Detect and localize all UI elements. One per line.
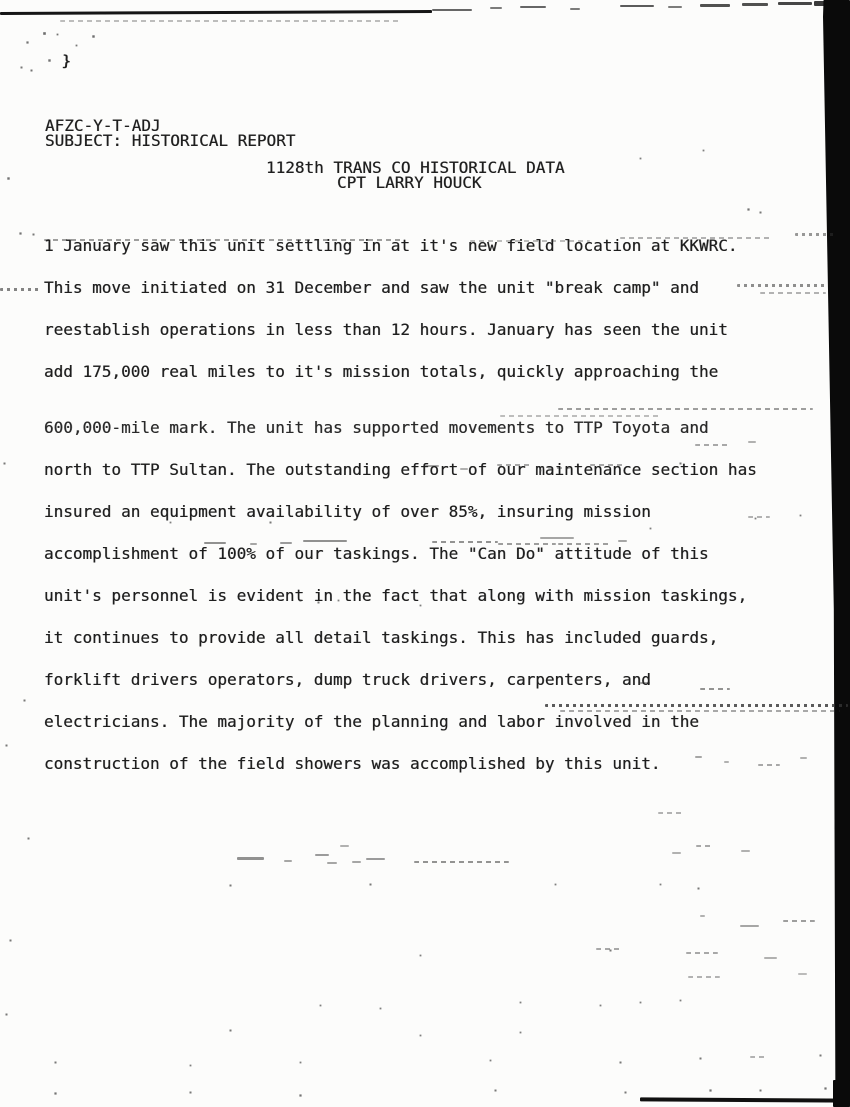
scan-artifact xyxy=(237,857,264,860)
scan-artifact xyxy=(750,1056,768,1058)
body-line: forklift drivers operators, dump truck d… xyxy=(44,673,757,687)
scan-artifact xyxy=(470,240,590,242)
scan-artifact xyxy=(724,761,729,763)
scan-artifact xyxy=(700,688,730,690)
scan-speckle-noise xyxy=(0,0,1,1)
scan-artifact xyxy=(596,948,620,950)
body-line: electricians. The majority of the planni… xyxy=(44,715,757,729)
scan-artifact xyxy=(783,920,815,922)
scan-artifact xyxy=(748,516,770,518)
body-line: it continues to provide all detail taski… xyxy=(44,631,757,645)
scan-artifact xyxy=(327,862,337,864)
scan-artifact xyxy=(303,540,347,542)
scan-artifact xyxy=(500,415,660,417)
scan-artifact xyxy=(740,925,759,927)
scan-artifact xyxy=(741,850,750,852)
body-line: north to TTP Sultan. The outstanding eff… xyxy=(44,463,757,477)
scan-artifact xyxy=(686,952,718,954)
scan-artifact xyxy=(742,3,768,6)
scan-artifact xyxy=(798,973,807,975)
scan-artifact xyxy=(700,4,730,7)
scan-artifact xyxy=(737,284,825,287)
scan-artifact xyxy=(60,20,400,22)
scan-artifact xyxy=(620,5,654,7)
body-line: unit's personnel is evident in the fact … xyxy=(44,589,757,603)
scan-artifact xyxy=(315,854,329,856)
body-line: construction of the field showers was ac… xyxy=(44,757,757,771)
scan-artifact xyxy=(558,408,813,410)
document-author: CPT LARRY HOUCK xyxy=(337,176,482,190)
scanned-document-page: AFZC-Y-T-ADJ SUBJECT: HISTORICAL REPORT … xyxy=(0,0,850,1107)
scan-artifact xyxy=(366,858,385,860)
scan-artifact xyxy=(658,812,684,814)
scan-artifact xyxy=(44,239,404,241)
scan-edge-top xyxy=(0,10,432,15)
scan-artifact xyxy=(672,852,681,854)
scan-artifact xyxy=(764,957,777,959)
scan-edge-bottom xyxy=(640,1097,850,1102)
scan-artifact xyxy=(497,464,531,466)
scan-corner-blob xyxy=(833,1080,850,1107)
scan-artifact xyxy=(570,8,580,10)
scan-artifact xyxy=(548,467,570,469)
body-line: insured an equipment availability of ove… xyxy=(44,505,757,519)
scan-artifact xyxy=(778,2,812,5)
scan-artifact xyxy=(425,465,439,467)
scan-smudge-band xyxy=(545,704,848,707)
scan-artifact xyxy=(560,710,840,712)
body-line: reestablish operations in less than 12 h… xyxy=(44,323,757,337)
body-line-smudged: 600,000-mile mark. The unit has supporte… xyxy=(44,421,757,435)
scan-artifact xyxy=(250,543,257,545)
scan-artifact xyxy=(432,541,498,543)
scan-mark-curl: } xyxy=(61,52,71,71)
body-line: 1 January saw this unit settling in at i… xyxy=(44,239,757,253)
body-line: add 175,000 real miles to it's mission t… xyxy=(44,365,757,379)
scan-artifact xyxy=(284,860,292,862)
scan-artifact xyxy=(280,542,292,544)
scan-artifact xyxy=(540,537,574,539)
scan-artifact xyxy=(460,468,468,470)
scan-artifact xyxy=(520,6,546,8)
body-line: This move initiated on 31 December and s… xyxy=(44,281,757,295)
body-line: accomplishment of 100% of our taskings. … xyxy=(44,547,757,561)
scan-artifact xyxy=(590,464,624,466)
scan-edge-right xyxy=(823,0,850,1107)
scan-artifact xyxy=(668,6,682,8)
scan-artifact xyxy=(340,845,349,847)
scan-artifact xyxy=(414,861,509,863)
scan-artifact xyxy=(0,288,42,291)
scan-artifact xyxy=(748,441,756,443)
scan-artifact xyxy=(204,542,226,544)
document-header: AFZC-Y-T-ADJ SUBJECT: HISTORICAL REPORT xyxy=(45,118,295,148)
scan-artifact xyxy=(620,237,770,239)
scan-artifact xyxy=(696,845,711,847)
scan-artifact xyxy=(432,9,472,11)
scan-artifact xyxy=(758,764,780,766)
scan-artifact xyxy=(490,7,502,9)
scan-artifact xyxy=(640,682,650,684)
scan-artifact xyxy=(618,540,627,542)
scan-artifact xyxy=(695,756,702,758)
scan-artifact xyxy=(760,292,826,294)
scan-artifact xyxy=(795,233,835,236)
scan-artifact xyxy=(352,861,361,863)
scan-artifact xyxy=(700,915,705,917)
scan-artifact xyxy=(688,976,720,978)
scan-artifact xyxy=(558,543,612,545)
scan-artifact xyxy=(800,757,807,759)
scan-artifact xyxy=(498,543,556,545)
scan-artifact xyxy=(695,444,729,446)
